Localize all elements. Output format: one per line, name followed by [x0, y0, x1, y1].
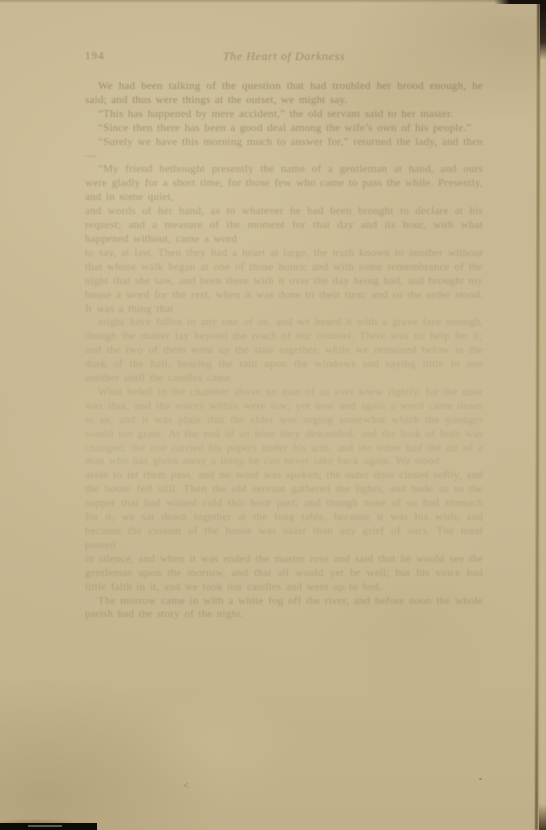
- faded-text-line: might have fallen to any one of us, and …: [98, 316, 392, 328]
- faded-paragraph: to say, at last. Then they had a heart a…: [85, 247, 483, 317]
- top-edge-shading: [0, 0, 546, 3]
- faded-paragraph: “Since then there has been a good deal a…: [85, 122, 483, 136]
- running-title: The Heart of Darkness: [85, 49, 483, 64]
- faded-text-line: would not grant. At the end of an hour t…: [85, 428, 382, 440]
- faded-paragraph: and words of her hand, as to whatever he…: [85, 205, 483, 247]
- faded-text-line: she saw, and been there with it over the…: [135, 275, 429, 287]
- faded-text-line: given away a thing he can never take bac…: [153, 455, 440, 467]
- faded-paragraph: “This has happened by mere accident,” th…: [85, 108, 483, 122]
- scanned-book-page: 194 The Heart of Darkness We had been ta…: [0, 0, 546, 830]
- faded-paragraph: We had been talking of the question that…: [85, 80, 483, 108]
- faded-paragraph: “My friend bethought presently the name …: [85, 163, 483, 205]
- faded-text-line: “My friend bethought presently the name …: [98, 163, 409, 175]
- faded-text-line: to say, at last. Then they had a heart a…: [85, 247, 359, 259]
- faded-text-line: in silence, and when it was ended the ma…: [85, 553, 378, 565]
- faded-text-line: them went up the stair together, while w…: [163, 344, 455, 356]
- stray-pencil-mark: <: [182, 780, 190, 793]
- faded-paragraph: in silence, and when it was ended the ma…: [85, 553, 483, 595]
- faded-text-line: might say.: [299, 94, 348, 106]
- background-streak: [28, 825, 62, 827]
- dark-strip-top-right: [494, 0, 546, 4]
- page-header: 194 The Heart of Darkness: [85, 49, 483, 65]
- faded-text-line: The morrow came in with a white fog off …: [98, 595, 375, 607]
- faded-text-line: and words of her hand, as to whatever he…: [85, 205, 415, 217]
- faded-text-line: plain that the elder was urging somewhat…: [178, 414, 483, 426]
- faded-text-line: “Surely we have this morning much to ans…: [98, 136, 397, 148]
- faded-paragraph: “Surely we have this morning much to ans…: [85, 136, 483, 164]
- faded-text-line: We had been talking of the question that…: [98, 80, 397, 92]
- dark-background-bottom-left: [0, 823, 97, 830]
- faded-text-line: “This has happened by mere accident,” th…: [98, 108, 388, 120]
- faded-paragraph: aside to let them pass, and no word was …: [85, 469, 483, 552]
- faded-text-line: to her master.: [388, 108, 453, 120]
- faded-text-line: What befell in the chamber above no man …: [98, 386, 388, 398]
- faded-text-line: aside to let them pass, and no word was …: [85, 469, 374, 481]
- ink-speck: [479, 778, 482, 780]
- dark-edge-bottom-right: [539, 804, 546, 830]
- body-text: We had been talking of the question that…: [85, 80, 483, 622]
- faded-text-line: “Since then there has been a good deal a…: [98, 122, 401, 134]
- faded-text-line: it, and we took our candles and went up …: [150, 581, 382, 593]
- faded-paragraph: might have fallen to any one of us, and …: [85, 316, 483, 386]
- faded-text-line: of his people.”: [401, 122, 471, 134]
- faded-text-line: had waited cold this hour past; and thou…: [144, 497, 445, 509]
- faded-paragraph: What befell in the chamber above no man …: [85, 386, 483, 469]
- dark-edge-top-right: [540, 0, 546, 60]
- faded-paragraph: The morrow came in with a white fog off …: [85, 595, 483, 623]
